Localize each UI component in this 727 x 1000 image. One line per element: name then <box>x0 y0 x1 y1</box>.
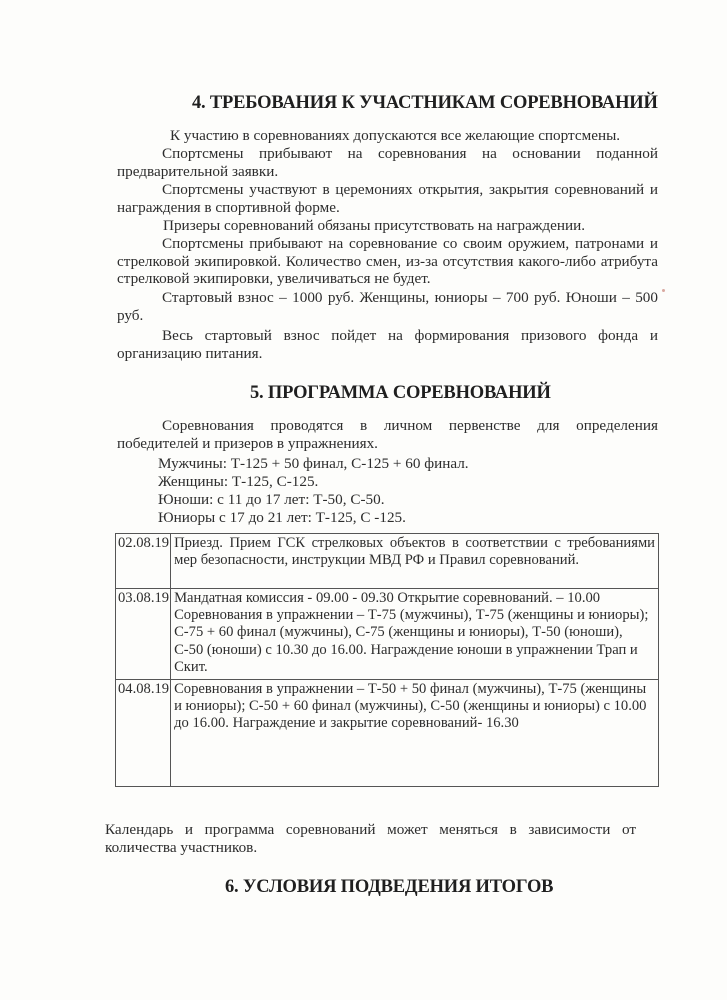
schedule-description: Соревнования в упражнении – Т-50 + 50 фи… <box>171 680 659 787</box>
section-4-paragraph: К участию в соревнованиях допускаются вс… <box>118 127 658 145</box>
schedule-date: 02.08.19 <box>116 534 171 589</box>
table-row: 04.08.19 Соревнования в упражнении – Т-5… <box>116 680 659 787</box>
section-5-intro: Соревнования проводятся в личном первенс… <box>117 417 658 452</box>
section-4-paragraph: Спортсмены прибывают на соревнование со … <box>117 235 658 288</box>
schedule-date: 03.08.19 <box>116 589 171 680</box>
schedule-note: Календарь и программа соревнований может… <box>105 821 636 856</box>
section-4-paragraph: Стартовый взнос – 1000 руб. Женщины, юни… <box>117 289 658 324</box>
document-page: 4. ТРЕБОВАНИЯ К УЧАСТНИКАМ СОРЕВНОВАНИЙ … <box>0 0 727 1000</box>
section-4-paragraph: Спортсмены прибывают на соревнования на … <box>117 145 658 180</box>
category-women: Женщины: Т-125, С-125. <box>158 473 318 491</box>
category-men: Мужчины: Т-125 + 50 финал, С-125 + 60 фи… <box>158 455 469 473</box>
category-boys: Юноши: с 11 до 17 лет: Т-50, С-50. <box>158 491 385 509</box>
schedule-description: Приезд. Прием ГСК стрелковых объектов в … <box>171 534 659 589</box>
table-row: 02.08.19 Приезд. Прием ГСК стрелковых об… <box>116 534 659 589</box>
schedule-description: Мандатная комиссия - 09.00 - 09.30 Откры… <box>171 589 659 680</box>
section-4-paragraph: Призеры соревнований обязаны присутствов… <box>118 217 658 235</box>
section-5-title: 5. ПРОГРАММА СОРЕВНОВАНИЙ <box>250 383 551 404</box>
section-4-paragraph: Спортсмены участвуют в церемониях открыт… <box>117 181 658 216</box>
table-row: 03.08.19 Мандатная комиссия - 09.00 - 09… <box>116 589 659 680</box>
section-4-title: 4. ТРЕБОВАНИЯ К УЧАСТНИКАМ СОРЕВНОВАНИЙ <box>192 93 658 114</box>
schedule-table: 02.08.19 Приезд. Прием ГСК стрелковых об… <box>115 533 659 787</box>
category-juniors: Юниоры с 17 до 21 лет: Т-125, С -125. <box>158 509 406 527</box>
section-6-title: 6. УСЛОВИЯ ПОДВЕДЕНИЯ ИТОГОВ <box>225 877 553 898</box>
scan-speck <box>662 289 665 292</box>
section-4-paragraph: Весь стартовый взнос пойдет на формирова… <box>117 327 658 362</box>
schedule-date: 04.08.19 <box>116 680 171 787</box>
